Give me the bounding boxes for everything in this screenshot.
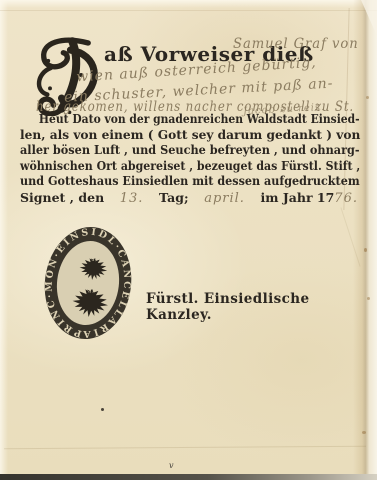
handwritten-day: 13. — [120, 191, 144, 207]
edge-stain — [362, 431, 366, 434]
double-eagle-seal: PRINC·MON·EINSIDL·CANCELLARIA· — [33, 219, 143, 348]
scanned-paper: aß Vorweiser dieß Samuel Graf von wien a… — [0, 0, 377, 480]
date-line-year-prefix: im Jahr 17 — [261, 190, 335, 205]
ink-speck — [101, 408, 104, 411]
fold-crease-top — [0, 10, 377, 11]
edge-stain — [366, 96, 369, 99]
paragraph-line: aller bösen Luft , und Seuche befreyten … — [20, 142, 327, 158]
printed-paragraph: Heut Dato von der gnadenreichen Waldstad… — [20, 111, 360, 207]
printers-mark: v — [169, 461, 174, 470]
date-line: Signet , den 13. Tag; april. im Jahr 177… — [20, 190, 358, 207]
fold-crease-bottom — [4, 446, 366, 450]
paper-edge-top — [0, 0, 377, 8]
paper-edge-left — [0, 0, 8, 480]
paragraph-line: und Gotteshaus Einsiedlen mit dessen auf… — [20, 173, 324, 189]
handwritten-month: april. — [204, 191, 245, 207]
paper-torn-edge-right — [353, 0, 377, 480]
date-line-year-group: im Jahr 1776. — [261, 190, 358, 207]
paragraph-line: len, als von einem ( Gott sey darum geda… — [20, 127, 351, 143]
chancery-imprint: Fürstl. Einsiedlische Kanzley. — [146, 291, 377, 323]
paragraph-line: wöhnischen Ort abgereiset , bezeuget das… — [20, 158, 319, 174]
handwritten-year: 76. — [334, 191, 358, 206]
date-line-prefix: Signet , den — [20, 190, 104, 206]
date-line-tag: Tag; — [159, 190, 189, 206]
scan-shadow-bottom — [0, 474, 377, 480]
corner-fold-top-right — [361, 0, 377, 36]
chancery-seal: PRINC·MON·EINSIDL·CANCELLARIA· — [33, 219, 143, 348]
handwritten-name: Samuel Graf von — [233, 36, 351, 52]
edge-stain — [364, 248, 367, 252]
paragraph-line: Heut Dato von der gnadenreichen Waldstad… — [20, 111, 312, 127]
